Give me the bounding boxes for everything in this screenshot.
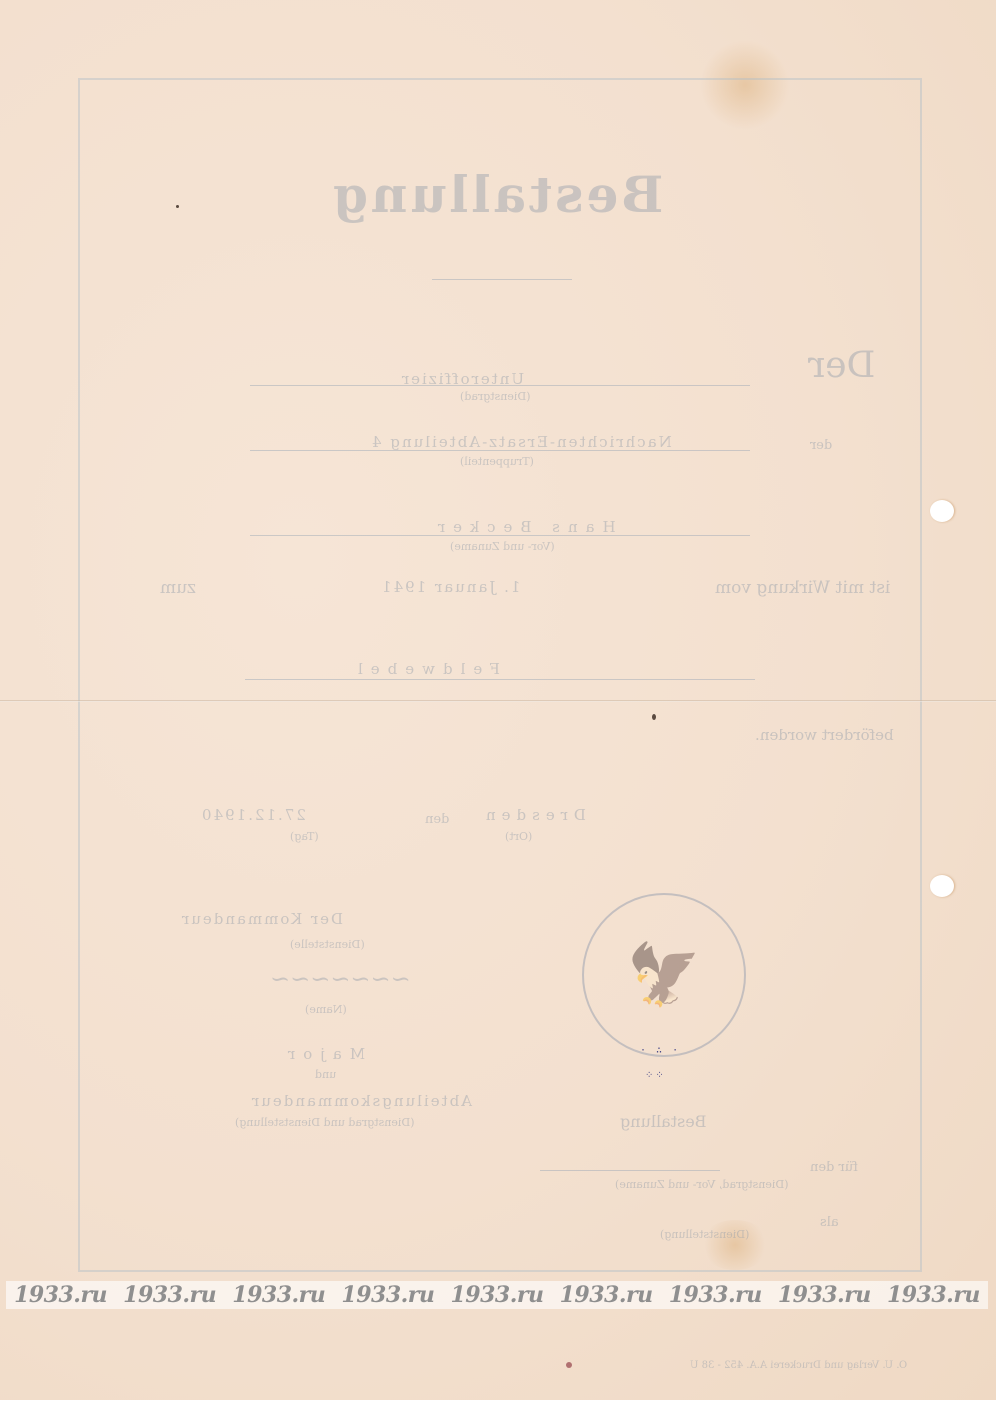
- ghost-place: Dresden: [480, 806, 586, 824]
- ghost-rank-line: Major: [280, 1045, 365, 1063]
- ghost-der: Der: [808, 345, 875, 386]
- ghost-footer-line2-caption: (Dienststellung): [660, 1228, 749, 1241]
- fold-crease: [0, 700, 996, 702]
- ghost-office-caption: (Dienststelle): [290, 938, 365, 951]
- ghost-office: Der Kommandeur: [180, 910, 343, 928]
- paper-speck: [566, 1362, 572, 1368]
- ghost-footer-line2-prefix: als: [820, 1215, 839, 1230]
- rule: [250, 450, 750, 451]
- rule: [540, 1170, 720, 1171]
- stamp-ink-residue: · ∴ ·: [640, 1045, 680, 1056]
- ghost-new-rank: Feldwebel: [350, 660, 500, 678]
- watermark-text: 1933.ru: [14, 1282, 107, 1308]
- official-stamp: 🦅: [582, 893, 746, 1057]
- ghost-person-caption: (Vor- und Zuname): [450, 540, 555, 553]
- watermark-text: 1933.ru: [778, 1282, 871, 1308]
- ghost-commander-caption: (Dienstgrad und Dienststellung): [235, 1116, 415, 1129]
- stamp-ink-residue: ⁘⁘: [645, 1070, 666, 1081]
- watermark-text: 1933.ru: [232, 1282, 325, 1308]
- ghost-rank-caption: (Dienstgrad): [460, 390, 530, 403]
- rule: [250, 385, 750, 386]
- title-underline: [432, 279, 572, 280]
- watermark-text: 1933.ru: [560, 1282, 653, 1308]
- document-page: Bestallung Der Unteroffizier (Dienstgrad…: [0, 0, 996, 1400]
- ornamental-border: [78, 78, 922, 1272]
- ghost-unit: Nachrichten-Ersatz-Abteilung 4: [370, 433, 672, 451]
- punch-hole: [930, 500, 954, 522]
- paper-speck: [176, 205, 179, 208]
- watermark-text: 1933.ru: [123, 1282, 216, 1308]
- ghost-and: und: [315, 1068, 336, 1081]
- ghost-effective-prefix: ist mit Wirkung vom: [715, 578, 890, 598]
- ghost-commander-title: Abteilungskommandeur: [250, 1092, 472, 1110]
- ghost-date-caption: (Tag): [290, 830, 319, 843]
- ghost-person: Hans Becker: [430, 518, 616, 536]
- watermark-text: 1933.ru: [669, 1282, 762, 1308]
- ghost-place-caption: (Ort): [505, 830, 532, 843]
- watermark-text: 1933.ru: [887, 1282, 980, 1308]
- watermark-band: 1933.ru 1933.ru 1933.ru 1933.ru 1933.ru …: [6, 1281, 988, 1309]
- ghost-printer-note: O. U. Verlag und Druckerei A.A. 452 - 38…: [690, 1360, 907, 1371]
- ghost-title: Bestallung: [330, 165, 663, 224]
- paper-speck: [652, 714, 656, 720]
- watermark-text: 1933.ru: [341, 1282, 434, 1308]
- rule: [245, 679, 755, 680]
- ghost-unit-caption: (Truppenteil): [460, 455, 534, 468]
- ghost-signature: ~~~~~~~: [270, 965, 411, 993]
- ghost-footer-line1-caption: (Dienstgrad, Vor- und Zuname): [615, 1178, 789, 1191]
- ghost-promoted: befördert worden.: [755, 726, 894, 744]
- ghost-date-prefix: den: [425, 812, 449, 827]
- ghost-effective-suffix: zum: [160, 578, 196, 598]
- punch-hole: [930, 875, 954, 897]
- rule: [250, 535, 750, 536]
- watermark-text: 1933.ru: [451, 1282, 544, 1308]
- eagle-emblem-icon: 🦅: [624, 935, 704, 1015]
- ghost-footer-line1-prefix: für den: [810, 1160, 858, 1175]
- ghost-unit-prefix: der: [810, 438, 832, 453]
- ghost-footer-title: Bestallung: [620, 1112, 707, 1131]
- ghost-date: 27.12.1940: [200, 806, 306, 824]
- ghost-signature-caption: (Name): [305, 1003, 347, 1016]
- ghost-effective-date: 1. Januar 1941: [380, 578, 520, 596]
